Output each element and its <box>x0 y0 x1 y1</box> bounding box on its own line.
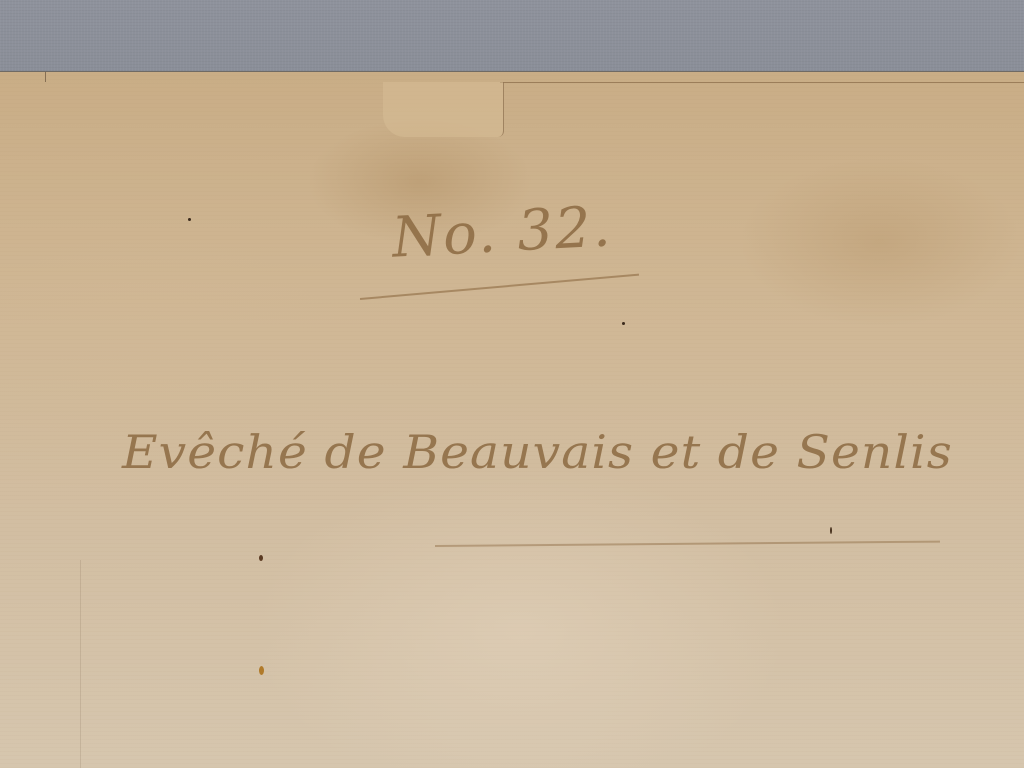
paper-fold-line <box>80 560 81 768</box>
document-number: No. 32. <box>390 194 613 270</box>
paper-repair-patch <box>383 82 504 137</box>
paper-edge-crease <box>500 82 1024 83</box>
ink-spot <box>188 218 191 221</box>
document-title: Evêché de Beauvais et de Senlis <box>122 425 953 479</box>
paper-edge-mark <box>45 72 46 82</box>
ink-spot <box>259 555 263 561</box>
grey-cloth-backing <box>0 0 1024 80</box>
ink-spot <box>830 527 832 534</box>
rust-stain <box>259 666 264 675</box>
ink-spot <box>622 322 625 325</box>
aged-paper-sheet <box>0 72 1024 768</box>
